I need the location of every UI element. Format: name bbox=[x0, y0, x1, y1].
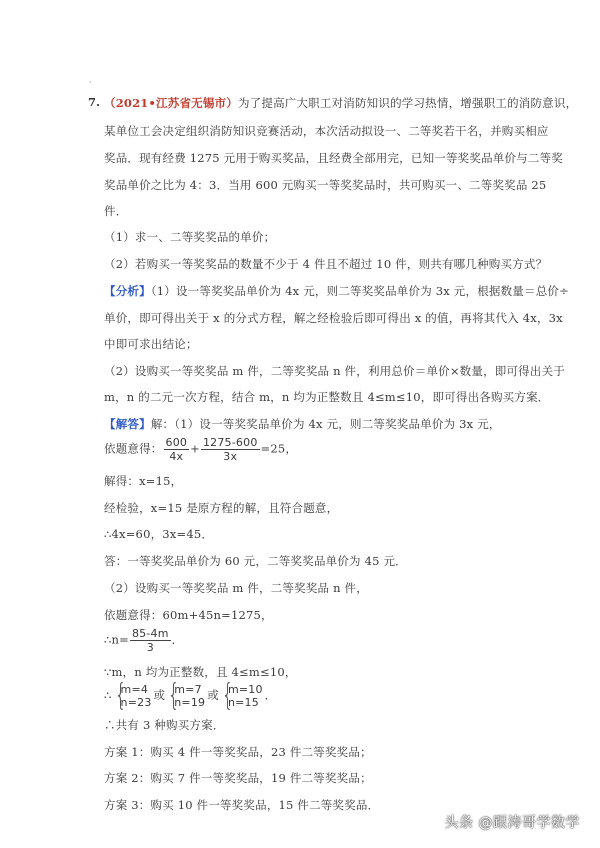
answer-1: 答：一等奖奖品单价为 60 元，二等奖奖品单价为 45 元． bbox=[104, 553, 407, 569]
equation-2: 依题意得：60m+45n=1275， bbox=[104, 607, 273, 623]
fraction: 85-4m3 bbox=[130, 627, 171, 654]
count-line: ∴共有 3 种购买方案． bbox=[104, 717, 225, 733]
systems-line: ∴m=4n=23或m=7n=19或m=10n=15． bbox=[104, 683, 276, 709]
watermark: 头条 @跟涛哥学数学 bbox=[445, 812, 580, 832]
fraction: 1275-6003x bbox=[201, 436, 260, 463]
equation-system: m=7n=19 bbox=[165, 683, 205, 709]
part-2-solution: （2）设购买一等奖奖品 m 件，二等奖奖品 n 件， bbox=[104, 580, 368, 596]
question-source: （2021•江苏省无锡市） bbox=[104, 96, 238, 110]
analysis-line-4: （2）设购买一等奖奖品 m 件，二等奖奖品 n 件，利用总价＝单价×数量，即可得… bbox=[104, 363, 565, 379]
equation-system: m=10n=15 bbox=[219, 683, 263, 709]
plan-1: 方案 1：购买 4 件一等奖奖品，23 件二等奖奖品； bbox=[104, 744, 372, 760]
analysis-tag: 【分析】 bbox=[104, 284, 151, 298]
because-line: ∵m，n 均为正整数，且 4≤m≤10， bbox=[104, 664, 297, 680]
stem-line-3: 奖品．现有经费 1275 元用于购买奖品，且经费全部用完，已知一等奖奖品单价与二… bbox=[104, 150, 563, 166]
solution-line-1: 【解答】解：（1）设一等奖奖品单价为 4x 元，则二等奖奖品单价为 3x 元， bbox=[104, 416, 501, 432]
check-line: 经检验，x=15 是原方程的解，且符合题意， bbox=[104, 500, 338, 516]
analysis-line-3: 中即可求出结论； bbox=[104, 336, 198, 352]
part-1: （1）求一、二等奖奖品的单价； bbox=[104, 229, 275, 245]
fraction: 6004x bbox=[164, 436, 190, 463]
stem-line-1: （2021•江苏省无锡市）为了提高广大职工对消防知识的学习热情，增强职工的消防意… bbox=[104, 95, 577, 111]
solve-line: 解得：x=15， bbox=[104, 473, 182, 489]
stem-line-2: 某单位工会决定组织消防知识竞赛活动，本次活动拟设一、二等奖若干名，并购买相应 bbox=[104, 123, 549, 139]
analysis-line-2: 单价，即可得出关于 x 的分式方程，解之经检验后即可得出 x 的值，再将其代入 … bbox=[104, 310, 563, 326]
equation-1: 依题意得：6004x+1275-6003x=25， bbox=[104, 436, 297, 463]
stem-line-5: 件． bbox=[104, 203, 127, 219]
stray-mark: · bbox=[89, 78, 92, 87]
therefore-line: ∴4x=60，3x=45． bbox=[104, 526, 213, 542]
part-2: （2）若购买一等奖奖品的数量不少于 4 件且不超过 10 件，则共有哪几种购买方… bbox=[104, 256, 547, 272]
analysis-line-5: m，n 的二元一次方程，结合 m，n 均为正整数且 4≤m≤10，即可得出各购买… bbox=[104, 389, 549, 405]
document-page: · 7. （2021•江苏省无锡市）为了提高广大职工对消防知识的学习热情，增强职… bbox=[0, 0, 600, 848]
plan-2: 方案 2：购买 7 件一等奖奖品，19 件二等奖奖品； bbox=[104, 770, 372, 786]
solution-tag: 【解答】 bbox=[104, 417, 151, 431]
plan-3: 方案 3：购买 10 件一等奖奖品，15 件二等奖奖品． bbox=[104, 797, 379, 813]
stem-line-4: 奖品单价之比为 4：3．当用 600 元购买一等奖奖品时，共可购买一、二等奖奖品… bbox=[104, 177, 546, 193]
analysis-line-1: 【分析】（1）设一等奖奖品单价为 4x 元，则二等奖奖品单价为 3x 元，根据数… bbox=[104, 283, 569, 299]
n-expression: ∴n=85-4m3． bbox=[104, 627, 183, 654]
question-number: 7. bbox=[88, 95, 100, 109]
equation-system: m=4n=23 bbox=[112, 683, 152, 709]
